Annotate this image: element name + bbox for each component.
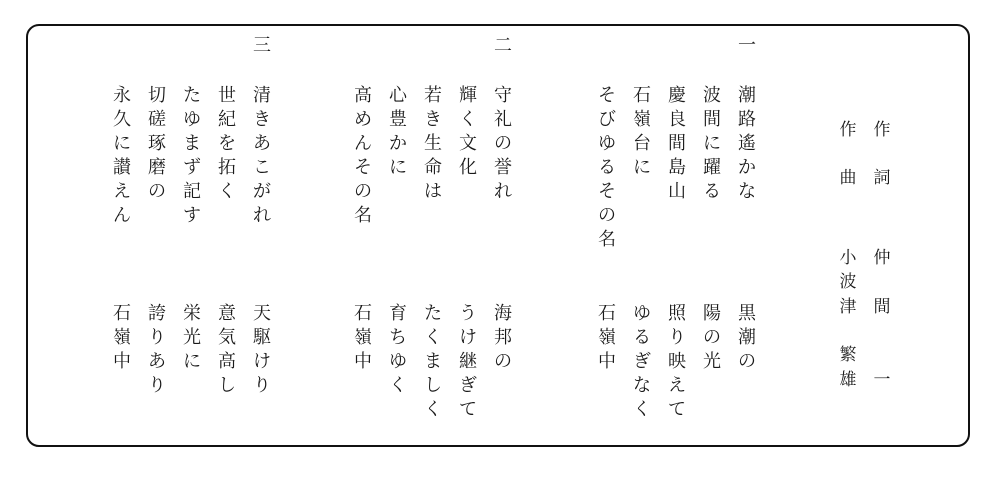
verse-number: 二	[491, 36, 515, 56]
verse-line-upper: 潮路遙かな	[735, 84, 759, 204]
verse-line-upper: 波間に躍る	[700, 84, 724, 204]
verse-line-lower: 照り映えて	[665, 302, 689, 422]
verse-line-upper: 清きあこがれ	[250, 84, 274, 228]
verse-line-lower: たくましく	[421, 302, 445, 422]
verse-line-lower: 海邦の	[491, 302, 515, 374]
verse-number: 三	[250, 36, 274, 56]
verse-line-lower: 意気高し	[215, 302, 239, 398]
verse-line-lower: 天駆けり	[250, 302, 274, 398]
music-credit-label: 作	[836, 118, 860, 142]
verse-line-upper: 心豊かに	[386, 84, 410, 180]
composer-name: 波	[836, 270, 860, 294]
verse-line-upper: 若き生命は	[421, 84, 445, 204]
verse-line-upper: 世紀を拓く	[215, 84, 239, 204]
verse-line-lower: ゆるぎなく	[630, 302, 654, 422]
lyrics-credit-label: 詞	[870, 166, 894, 190]
lyricist-name: 間	[870, 295, 894, 319]
verse-line-upper: 輝く文化	[456, 84, 480, 180]
lyrics-credit-label: 作	[870, 118, 894, 142]
composer-name: 繁	[836, 343, 860, 367]
verse-line-lower: 黒潮の	[735, 302, 759, 374]
verse-line-upper: 守礼の誉れ	[491, 84, 515, 204]
verse-line-upper: たゆまず記す	[180, 84, 204, 228]
verse-line-upper: 高めんその名	[351, 84, 375, 228]
verse-line-lower: 誇りあり	[145, 302, 169, 398]
lyricist-name: 仲	[870, 246, 894, 270]
verse-line-lower: 陽の光	[700, 302, 724, 374]
music-credit-label: 曲	[836, 166, 860, 190]
lyricist-name: 一	[870, 368, 894, 392]
verse-line-lower: 育ちゆく	[386, 302, 410, 398]
verse-line-lower: うけ継ぎて	[456, 302, 480, 422]
verse-line-lower: 石嶺中	[595, 302, 619, 374]
verse-line-upper: 石嶺台に	[630, 84, 654, 180]
verse-line-upper: 慶良間島山	[665, 84, 689, 204]
verse-line-lower: 栄光に	[180, 302, 204, 374]
verse-line-upper: 永久に讃えん	[110, 84, 134, 228]
composer-name: 小	[836, 246, 860, 270]
composer-name: 津	[836, 295, 860, 319]
verse-line-lower: 石嶺中	[351, 302, 375, 374]
composer-name: 雄	[836, 368, 860, 392]
verse-number: 一	[735, 36, 759, 56]
verse-line-lower: 石嶺中	[110, 302, 134, 374]
verse-line-upper: 切磋琢磨の	[145, 84, 169, 204]
verse-line-upper: そびゆるその名	[595, 84, 619, 252]
